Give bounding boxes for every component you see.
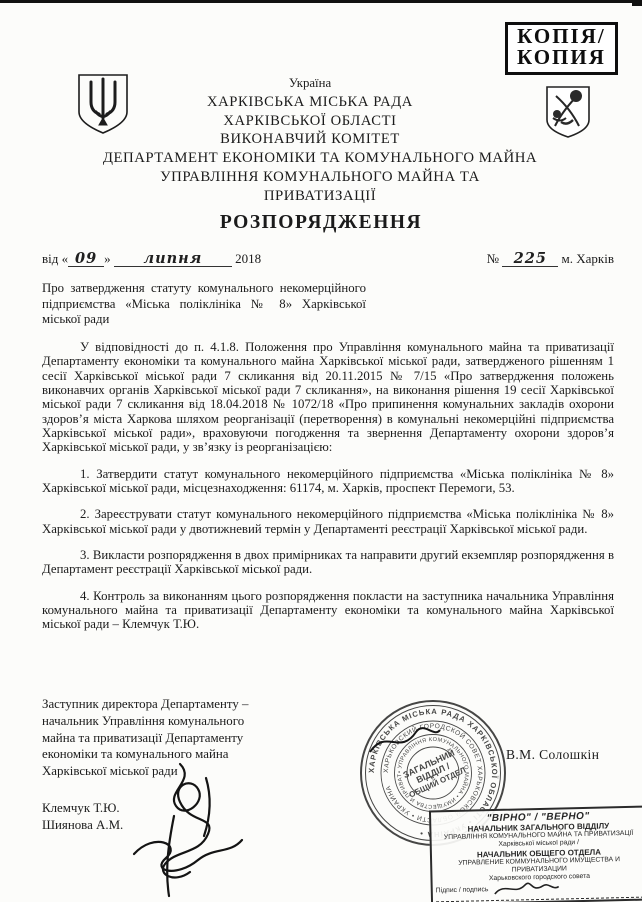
dateline-left: від «09» липня 2018 — [42, 250, 261, 267]
document-body: У відповідності до п. 4.1.8. Положення п… — [42, 340, 614, 644]
dateline-right: № 225 м. Харків — [487, 250, 614, 267]
signatory-names: Клемчук Т.Ю. Шиянова А.М. — [42, 800, 123, 835]
scan-artifact-corner — [632, 0, 642, 6]
header-block: Україна ХАРКІВСЬКА МІСЬКА РАДА ХАРКІВСЬК… — [140, 76, 480, 149]
header-org-line2: ХАРКІВСЬКОЇ ОБЛАСТІ — [140, 112, 480, 131]
order-item-1: 1. Затвердити статут комунального некоме… — [42, 467, 614, 496]
doc-city: м. Харків — [562, 251, 614, 266]
date-day-handwritten: 09 — [68, 250, 104, 267]
order-item-2: 2. Зареєструвати статут комунального нек… — [42, 507, 614, 536]
header-org-line1: ХАРКІВСЬКА МІСЬКА РАДА — [140, 93, 480, 112]
signatory-position-line: Заступник директора Департаменту – — [42, 696, 302, 713]
signature-scribble — [118, 758, 253, 902]
department-line2: УПРАВЛІННЯ КОМУНАЛЬНОГО МАЙНА ТА — [50, 168, 590, 187]
scan-artifact-top — [0, 0, 642, 3]
date-prefix: від « — [42, 251, 68, 266]
subject-paragraph: Про затвердження статуту комунального не… — [42, 281, 366, 328]
document-title: РОЗПОРЯДЖЕННЯ — [0, 212, 642, 234]
verno-signature-scribble — [491, 877, 561, 901]
signatory-position-line: начальник Управління комунального — [42, 713, 302, 730]
stamp-signature-scribble — [366, 716, 446, 771]
signatory-name-2: Шиянова А.М. — [42, 817, 123, 834]
verno-sign-label: Підпис / подпись — [436, 886, 489, 894]
copy-stamp-line1: КОПІЯ/ — [517, 26, 606, 47]
department-line1: ДЕПАРТАМЕНТ ЕКОНОМІКИ ТА КОМУНАЛЬНОГО МА… — [50, 149, 590, 168]
order-item-4: 4. Контроль за виконанням цього розпоряд… — [42, 589, 614, 632]
approver-name: В.М. Солошкін — [506, 747, 599, 763]
doc-number-label: № — [487, 251, 499, 266]
department-line3: ПРИВАТИЗАЦІЇ — [50, 187, 590, 206]
verno-sign-row: Підпис / подпись — [436, 883, 642, 902]
date-year: 2018 — [235, 251, 261, 266]
certification-stamp: "ВІРНО" / "ВЕРНО" НАЧАЛЬНИК ЗАГАЛЬНОГО В… — [429, 806, 642, 902]
date-month-handwritten: липня — [114, 250, 232, 267]
tryzub-emblem-icon — [76, 72, 130, 141]
signatory-position-line: майна та приватизації Департаменту — [42, 730, 302, 747]
department-block: ДЕПАРТАМЕНТ ЕКОНОМІКИ ТА КОМУНАЛЬНОГО МА… — [50, 149, 590, 207]
order-item-3: 3. Викласти розпорядження в двох примірн… — [42, 548, 614, 577]
signatory-name-1: Клемчук Т.Ю. — [42, 800, 123, 817]
date-close-quote: » — [104, 251, 111, 266]
header-org-line3: ВИКОНАВЧИЙ КОМІТЕТ — [140, 130, 480, 149]
copy-stamp: КОПІЯ/ КОПИЯ — [505, 22, 618, 75]
copy-stamp-line2: КОПИЯ — [517, 47, 606, 68]
kharkiv-coat-of-arms-icon — [543, 84, 593, 145]
intro-paragraph: У відповідності до п. 4.1.8. Положення п… — [42, 340, 614, 455]
doc-number-handwritten: 225 — [502, 250, 558, 267]
document-page: КОПІЯ/ КОПИЯ — [0, 0, 642, 902]
header-country: Україна — [140, 76, 480, 91]
